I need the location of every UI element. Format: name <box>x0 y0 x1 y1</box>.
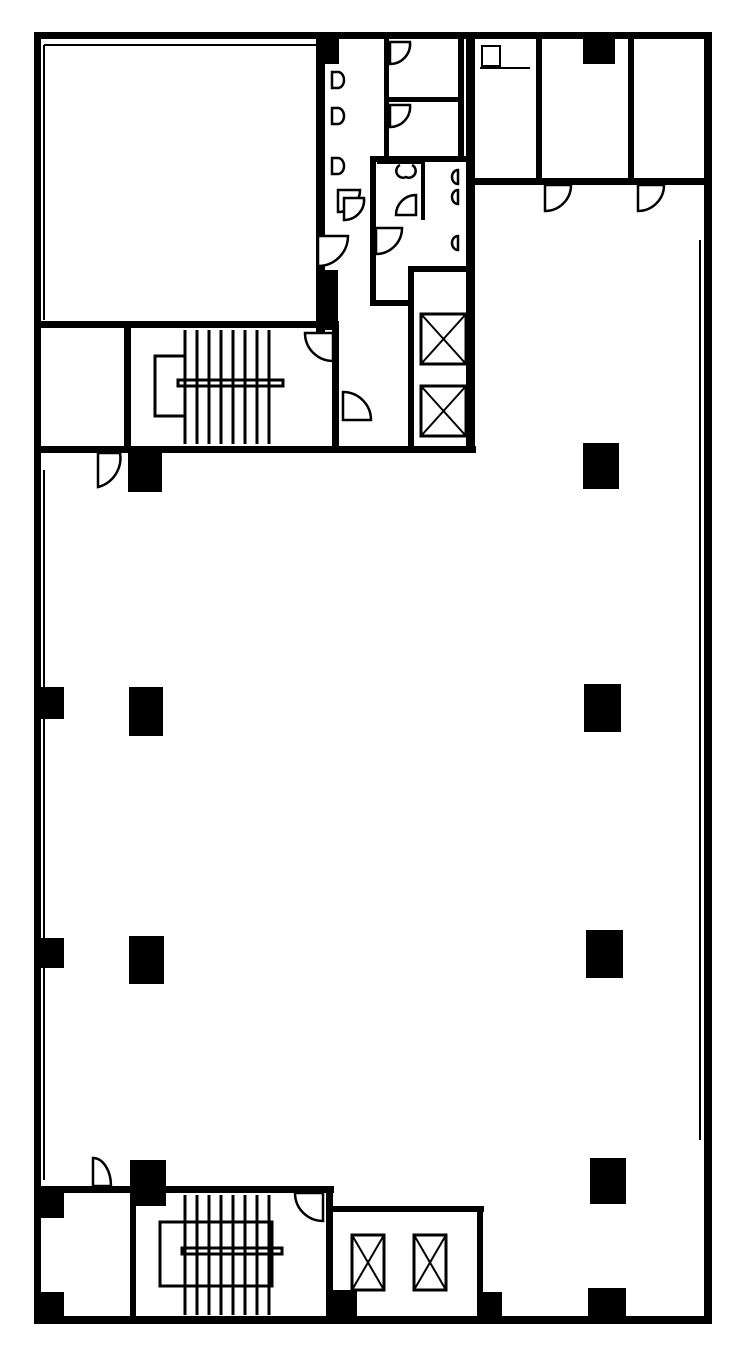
utility-doors[interactable] <box>545 185 664 211</box>
stairwell-south <box>34 1158 334 1320</box>
floor-plan <box>0 0 750 1351</box>
utility-rooms-north <box>470 36 710 211</box>
elevator-bank-north <box>336 300 476 453</box>
stairwell-north <box>34 325 344 487</box>
large-room-northwest <box>34 32 339 332</box>
